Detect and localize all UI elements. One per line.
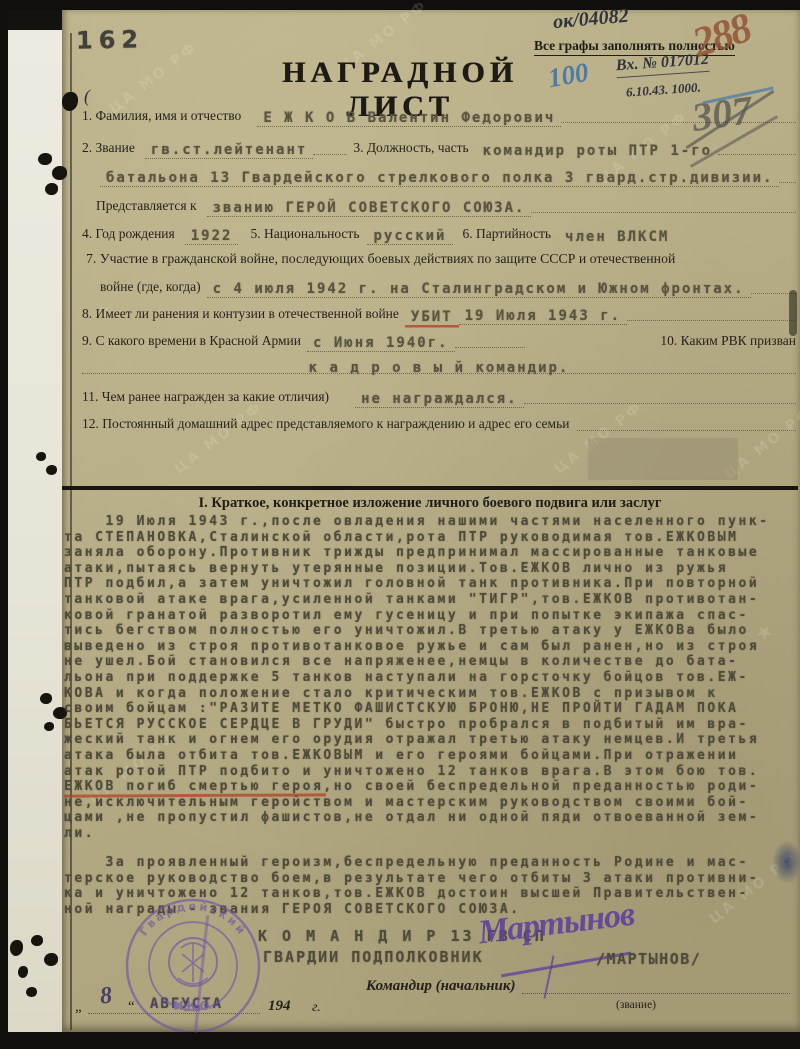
dotted-rule [627, 318, 796, 321]
field-4-value: 1922 [185, 228, 239, 245]
field-11-value: не награждался. [355, 391, 523, 408]
binding-edge-page [8, 30, 62, 1034]
dotted-rule [455, 345, 525, 348]
signoff-rank-hint: (звание) [616, 999, 656, 1011]
field-5-value: русский [367, 228, 452, 245]
field-row-8: 8. Имеет ли ранения и контузии в отечест… [82, 306, 796, 322]
field-1-value: Е Ж К О В Валентин Федорович [257, 110, 561, 127]
field-7-value: с 4 июля 1942 г. на Сталинградском и Южн… [207, 281, 751, 298]
field-7-label-line1: 7. Участие в гражданской войне, последую… [86, 251, 675, 267]
field-10-label: 10. Каким РВК призван [660, 333, 796, 349]
presented-for-value: званию ГЕРОЙ СОВЕТСКОГО СОЮЗА. [207, 200, 532, 217]
dotted-rule [718, 152, 796, 155]
section-divider-rule [62, 486, 798, 490]
field-2-value: гв.ст.лейтенант [145, 142, 313, 159]
field-6-value: член ВЛКСМ [559, 229, 675, 245]
svg-text:Гвардейский: Гвардейский [136, 899, 249, 938]
unit-round-stamp: Гвардейский полк НКО [108, 898, 278, 1032]
scan-edge-top [0, 0, 800, 10]
punch-hole [36, 452, 46, 461]
punch-hole [45, 183, 58, 195]
signoff-printed-label: Командир (начальник) [366, 978, 516, 995]
field-row-7: 7. Участие в гражданской войне, последую… [86, 251, 796, 267]
punch-hole [38, 153, 52, 165]
field-10-value-row: к а д р о в ы й командир. [82, 360, 796, 374]
field-row-1: 1. Фамилия, имя и отчество Е Ж К О В Вал… [82, 108, 796, 124]
punch-hole [52, 166, 67, 180]
field-5-label: 5. Национальность [250, 226, 359, 242]
field-8-label: 8. Имеет ли ранения и контузии в отечест… [82, 306, 399, 322]
field-row-11: 11. Чем ранее награжден за какие отличия… [82, 389, 796, 405]
stamp-ring-text-top: Гвардейский [136, 899, 249, 938]
scanned-award-sheet: ЦА МО РФ ЦА МО РФ ЦА МО РФ ЦА МО РФ ЦА М… [0, 0, 800, 1049]
punch-hole [46, 465, 57, 475]
punch-hole [44, 722, 54, 731]
dotted-rule [779, 180, 796, 183]
redacted-address-patch [588, 438, 738, 480]
field-1-label: 1. Фамилия, имя и отчество [82, 108, 241, 124]
date-year-suffix: г. [312, 1000, 321, 1016]
date-open-quote: „ [75, 999, 82, 1016]
signature-typed-name: /МАРТЫНОВ/ [596, 950, 701, 968]
margin-paren-mark: ( [84, 86, 90, 107]
dotted-rule [522, 979, 790, 994]
field-row-2-3: 2. Звание гв.ст.лейтенант 3. Должность, … [82, 140, 796, 156]
field-row-4-5-6: 4. Год рождения 1922 5. Национальность р… [82, 226, 796, 242]
field-3-value-line2: батальона 13 Гвардейского стрелкового по… [100, 170, 779, 187]
field-row-12: 12. Постоянный домашний адрес представля… [82, 416, 796, 432]
commander-rank-line: ГВАРДИИ ПОДПОЛКОВНИК [263, 948, 484, 966]
field-11-label: 11. Чем ранее награжден за какие отличия… [82, 389, 329, 405]
dotted-rule [561, 120, 796, 123]
stamp-center-text: НКО [173, 999, 212, 1013]
punch-hole [26, 987, 37, 997]
feat-section-heading: I. Краткое, конкретное изложение личного… [62, 495, 798, 512]
field-row-3-cont: батальона 13 Гвардейского стрелкового по… [100, 170, 796, 184]
dotted-rule [531, 210, 796, 213]
field-9-label: 9. С какого времени в Красной Армии [82, 333, 301, 349]
dotted-rule [313, 152, 347, 155]
feat-paragraph-1: 19 Июля 1943 г.,после овладения нашими ч… [64, 514, 798, 841]
field-6-label: 6. Партийность [463, 226, 552, 242]
punch-hole [31, 935, 43, 946]
field-4-label: 4. Год рождения [82, 226, 175, 242]
dotted-rule [751, 291, 796, 294]
field-10-value: к а д р о в ы й командир. [303, 360, 576, 376]
archive-page-number-stamp: 162 [76, 25, 145, 54]
punch-hole [44, 953, 58, 966]
field-row-9-10: 9. С какого времени в Красной Армии с Ию… [82, 333, 796, 349]
field-row-7-cont: войне (где, когда) с 4 июля 1942 г. на С… [100, 279, 796, 295]
dotted-rule [524, 401, 797, 404]
presented-for-label: Представляется к [96, 198, 197, 214]
dotted-rule [577, 428, 796, 431]
presented-for-row: Представляется к званию ГЕРОЙ СОВЕТСКОГО… [96, 198, 796, 214]
field-2-label: 2. Звание [82, 140, 135, 156]
punch-hole [40, 693, 52, 704]
field-8-value-rest: 19 Июля 1943 г. [459, 308, 627, 325]
field-7-label-line2: войне (где, когда) [100, 279, 201, 295]
field-3-label: 3. Должность, часть [353, 140, 468, 156]
field-9-value: с Июня 1940г. [307, 335, 455, 352]
field-12-label: 12. Постоянный домашний адрес представля… [82, 416, 569, 432]
scan-edge-bottom [0, 1032, 800, 1049]
scan-edge-left [0, 0, 8, 1049]
field-8-value-marked: УБИТ [405, 309, 459, 325]
field-3-value-line1: командир роты ПТР 1-го [477, 143, 718, 159]
